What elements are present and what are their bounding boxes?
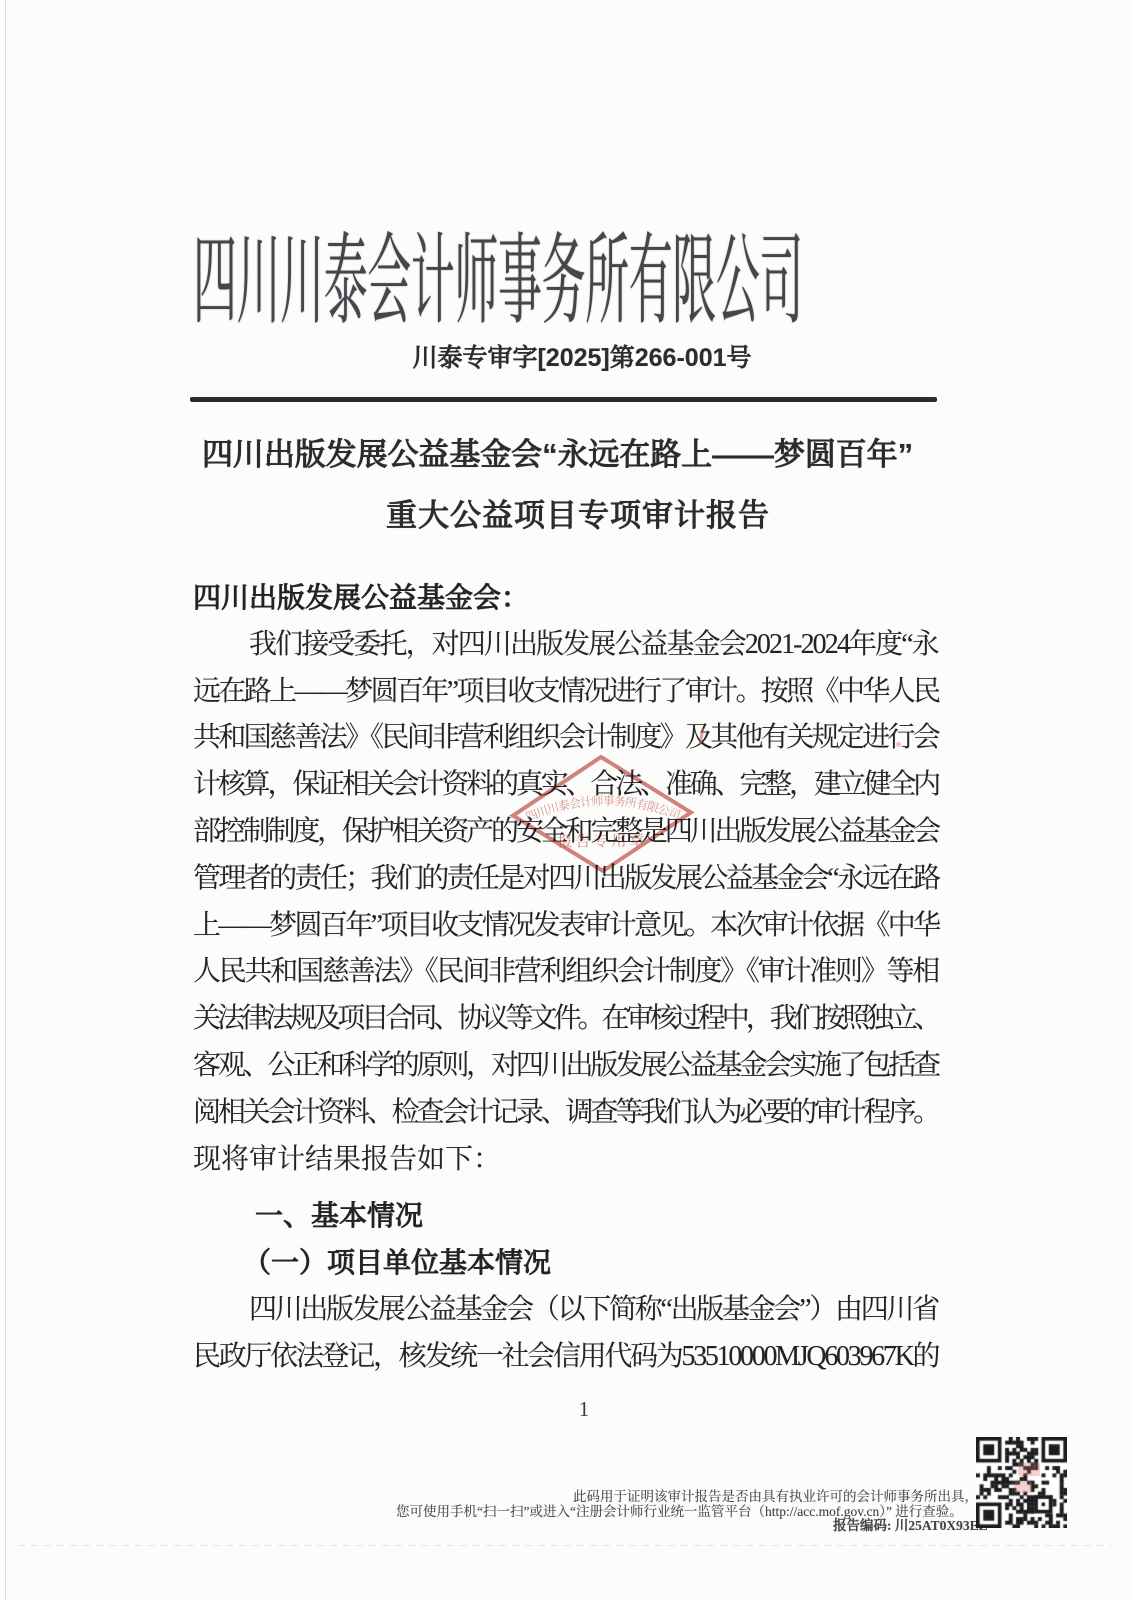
section-heading-basic-info: 一、基本情况 — [193, 1193, 938, 1240]
stamp-firm-name: 四川川泰会计师事务所有限公司 — [523, 792, 681, 826]
page-left-edge-artifact — [5, 0, 6, 1600]
body-line: 人民共和国慈善法》《民间非营利组织会计制度》《审计准则》等相 — [193, 949, 938, 996]
page-number: 1 — [193, 1394, 975, 1424]
body-line: 现将审计结果报告如下： — [193, 1137, 938, 1184]
qr-red-overlay-mark — [1018, 1463, 1040, 1476]
body-line: 阅相关会计资料、检查会计记录、调查等我们认为必要的审计程序。 — [193, 1090, 938, 1137]
body-line: 客观、公正和科学的原则，对四川出版发展公益基金会实施了包括查 — [193, 1043, 938, 1090]
report-code: 报告编码: 川25AT0X93EZ — [833, 1518, 988, 1534]
scan-noise-line — [18, 1545, 1113, 1546]
verification-qr-code — [976, 1437, 1067, 1528]
addressee-salutation: 四川出版发展公益基金会： — [193, 575, 938, 622]
body-line: 上——梦圆百年”项目收支情况发表审计意见。本次审计依据《中华 — [193, 903, 938, 950]
footer-note-line1: 此码用于证明该审计报告是否由具有执业许可的会计师事务所出具， — [573, 1489, 978, 1505]
report-title-line1: 四川出版发展公益基金会“永远在路上——梦圆百年” — [202, 433, 942, 477]
body-line: 我们接受委托，对四川出版发展公益基金会2021-2024年度“永 — [193, 622, 938, 669]
red-ink-dot — [896, 742, 901, 747]
subsection-heading-unit-info: （一）项目单位基本情况 — [193, 1240, 938, 1287]
body-line: 民政厅依法登记，核发统一社会信用代码为53510000MJQ603967K的 — [193, 1334, 938, 1381]
stamp-label: 报告专用章 — [557, 831, 647, 851]
body-line: 远在路上——梦圆百年”项目收支情况进行了审计。按照《中华人民 — [193, 669, 938, 716]
document-ref-number: 川泰专审字[2025]第266-001号 — [0, 340, 1131, 376]
qr-red-overlay-mark — [1014, 1481, 1032, 1493]
report-title-line2: 重大公益项目专项审计报告 — [193, 494, 963, 538]
body-line: 关法律法规及项目合同、协议等文件。在审核过程中，我们按照独立、 — [193, 996, 938, 1043]
svg-text:四川川泰会计师事务所有限公司: 四川川泰会计师事务所有限公司 — [523, 792, 681, 826]
body-line: 四川出版发展公益基金会（以下简称“出版基金会”）由四川省 — [193, 1287, 938, 1334]
letterhead-divider-rule — [190, 397, 937, 402]
scanned-audit-report-page: { "header": { "firm_name": "四川川泰会计师事务所有限… — [0, 0, 1131, 1600]
report-body: 四川出版发展公益基金会： 我们接受委托，对四川出版发展公益基金会2021-202… — [193, 575, 938, 1381]
audit-report-seal-stamp: 四川川泰会计师事务所有限公司 报告专用章 — [497, 744, 707, 884]
